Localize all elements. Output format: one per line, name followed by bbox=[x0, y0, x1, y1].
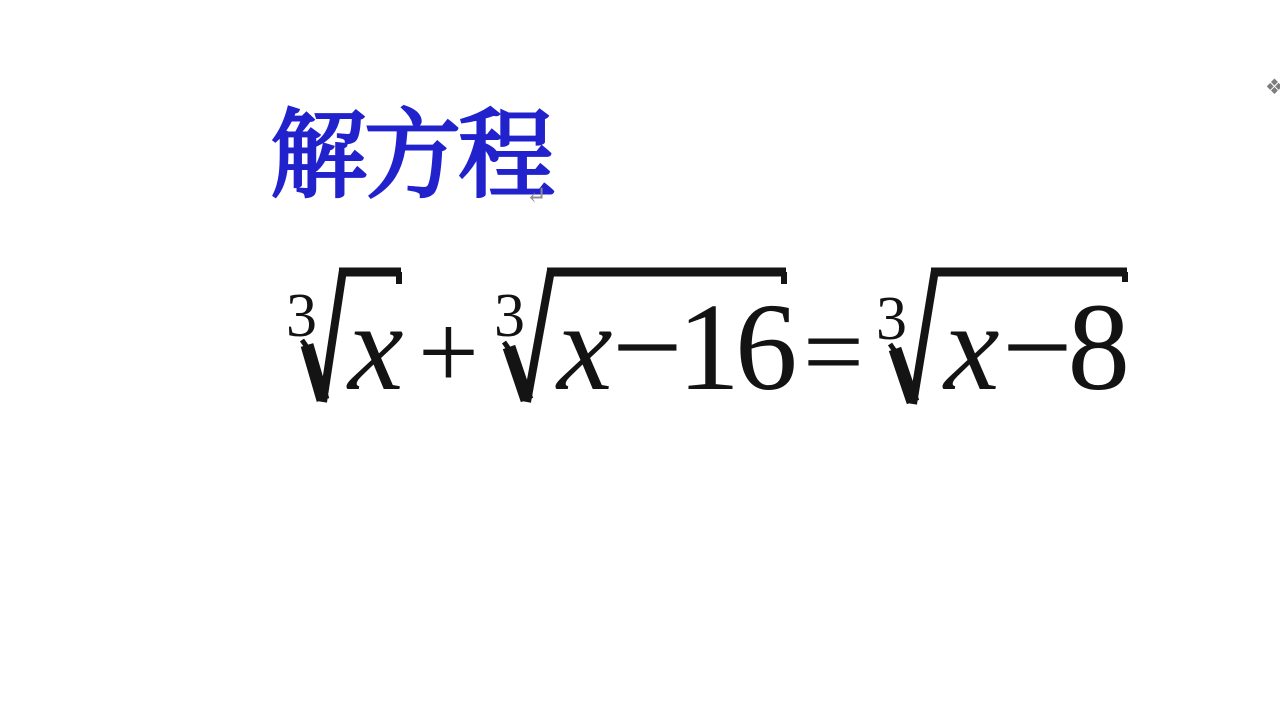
root2-radicand-offset: −16 bbox=[612, 286, 793, 411]
root2-radicand-variable: x bbox=[557, 286, 612, 411]
document-page: 解方程 ↵ 3 x + 3 x −16 = 3 bbox=[0, 0, 1280, 720]
edge-artifact-icon: ❖ bbox=[1265, 77, 1280, 98]
equation: 3 x + 3 x −16 = 3 bbox=[0, 0, 1280, 720]
root1-radicand: x bbox=[348, 286, 403, 411]
root3-radicand-variable: x bbox=[944, 286, 999, 411]
root3-radicand-offset: −8 bbox=[1002, 286, 1125, 411]
plus-operator: + bbox=[418, 299, 479, 407]
equals-operator: = bbox=[803, 299, 864, 407]
